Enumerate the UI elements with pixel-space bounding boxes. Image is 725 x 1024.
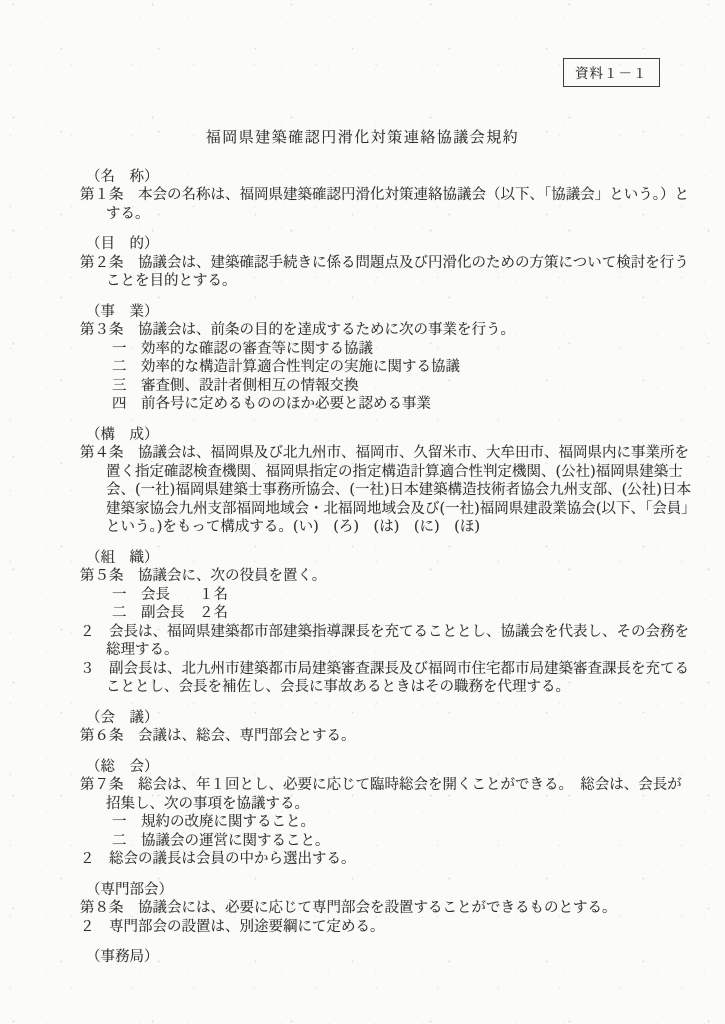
section: （構 成）第４条 協議会は、福岡県及び北九州市、福岡市、久留米市、大牟田市、福岡… xyxy=(80,426,692,537)
list-item: 二 副会長 ２名 xyxy=(112,604,692,623)
article-paragraph: 第４条 協議会は、福岡県及び北九州市、福岡市、久留米市、大牟田市、福岡県内に事業… xyxy=(80,444,692,537)
document-title: 福岡県建築確認円滑化対策連絡協議会規約 xyxy=(40,128,685,147)
section-heading: （事務局） xyxy=(86,948,692,967)
article-paragraph: 第５条 協議会に、次の役員を置く。 xyxy=(80,567,692,586)
section-heading: （名 称） xyxy=(86,168,692,187)
sub-paragraph: ３ 副会長は、北九州市建築都市局建築審査課長及び福岡市住宅都市局建築審査課長を充… xyxy=(80,660,692,697)
section: （組 織）第５条 協議会に、次の役員を置く。一 会長 １名二 副会長 ２名２ 会… xyxy=(80,549,692,697)
document-body: 福岡県建築確認円滑化対策連絡協議会規約 （名 称）第１条 本会の名称は、福岡県建… xyxy=(80,128,692,979)
list-item: 二 効率的な構造計算適合性判定の実施に関する協議 xyxy=(112,358,692,377)
section: （目 的）第２条 協議会は、建築確認手続きに係る問題点及び円滑化のための方策につ… xyxy=(80,235,692,291)
document-reference-label: 資料１－１ xyxy=(563,58,660,87)
list-item: 一 会長 １名 xyxy=(112,586,692,605)
sub-paragraph: ２ 専門部会の設置は、別途要綱にて定める。 xyxy=(80,918,692,937)
list-item: 四 前各号に定めるもののほか必要と認める事業 xyxy=(112,395,692,414)
section: （総 会）第７条 総会は、年１回とし、必要に応じて臨時総会を開くことができる。 … xyxy=(80,758,692,869)
article-paragraph: 第７条 総会は、年１回とし、必要に応じて臨時総会を開くことができる。 総会は、会… xyxy=(80,776,692,813)
section-heading: （事 業） xyxy=(86,303,692,322)
article-paragraph: 第３条 協議会は、前条の目的を達成するために次の事業を行う。 xyxy=(80,321,692,340)
section: （会 議）第６条 会議は、総会、専門部会とする。 xyxy=(80,709,692,746)
section: （名 称）第１条 本会の名称は、福岡県建築確認円滑化対策連絡協議会（以下、「協議… xyxy=(80,168,692,224)
section-heading: （会 議） xyxy=(86,709,692,728)
article-paragraph: 第６条 会議は、総会、専門部会とする。 xyxy=(80,727,692,746)
section-heading: （専門部会） xyxy=(86,881,692,900)
sub-paragraph: ２ 総会の議長は会員の中から選出する。 xyxy=(80,850,692,869)
list-item: 二 協議会の運営に関すること。 xyxy=(112,832,692,851)
section-heading: （構 成） xyxy=(86,426,692,445)
list-item: 三 審査側、設計者側相互の情報交換 xyxy=(112,377,692,396)
article-paragraph: 第１条 本会の名称は、福岡県建築確認円滑化対策連絡協議会（以下、「協議会」という… xyxy=(80,186,692,223)
section: （事務局） xyxy=(80,948,692,967)
section-heading: （総 会） xyxy=(86,758,692,777)
sub-paragraph: ２ 会長は、福岡県建築都市部建築指導課長を充てることとし、協議会を代表し、その会… xyxy=(80,623,692,660)
scanned-page: 資料１－１ 福岡県建築確認円滑化対策連絡協議会規約 （名 称）第１条 本会の名称… xyxy=(0,0,725,1024)
section-heading: （目 的） xyxy=(86,235,692,254)
list-item: 一 規約の改廃に関すること。 xyxy=(112,813,692,832)
section: （事 業）第３条 協議会は、前条の目的を達成するために次の事業を行う。一 効率的… xyxy=(80,303,692,414)
list-item: 一 効率的な確認の審査等に関する協議 xyxy=(112,340,692,359)
article-paragraph: 第８条 協議会には、必要に応じて専門部会を設置することができるものとする。 xyxy=(80,899,692,918)
sections-container: （名 称）第１条 本会の名称は、福岡県建築確認円滑化対策連絡協議会（以下、「協議… xyxy=(80,168,692,967)
article-paragraph: 第２条 協議会は、建築確認手続きに係る問題点及び円滑化のための方策について検討を… xyxy=(80,254,692,291)
section: （専門部会）第８条 協議会には、必要に応じて専門部会を設置することができるものと… xyxy=(80,881,692,937)
section-heading: （組 織） xyxy=(86,549,692,568)
